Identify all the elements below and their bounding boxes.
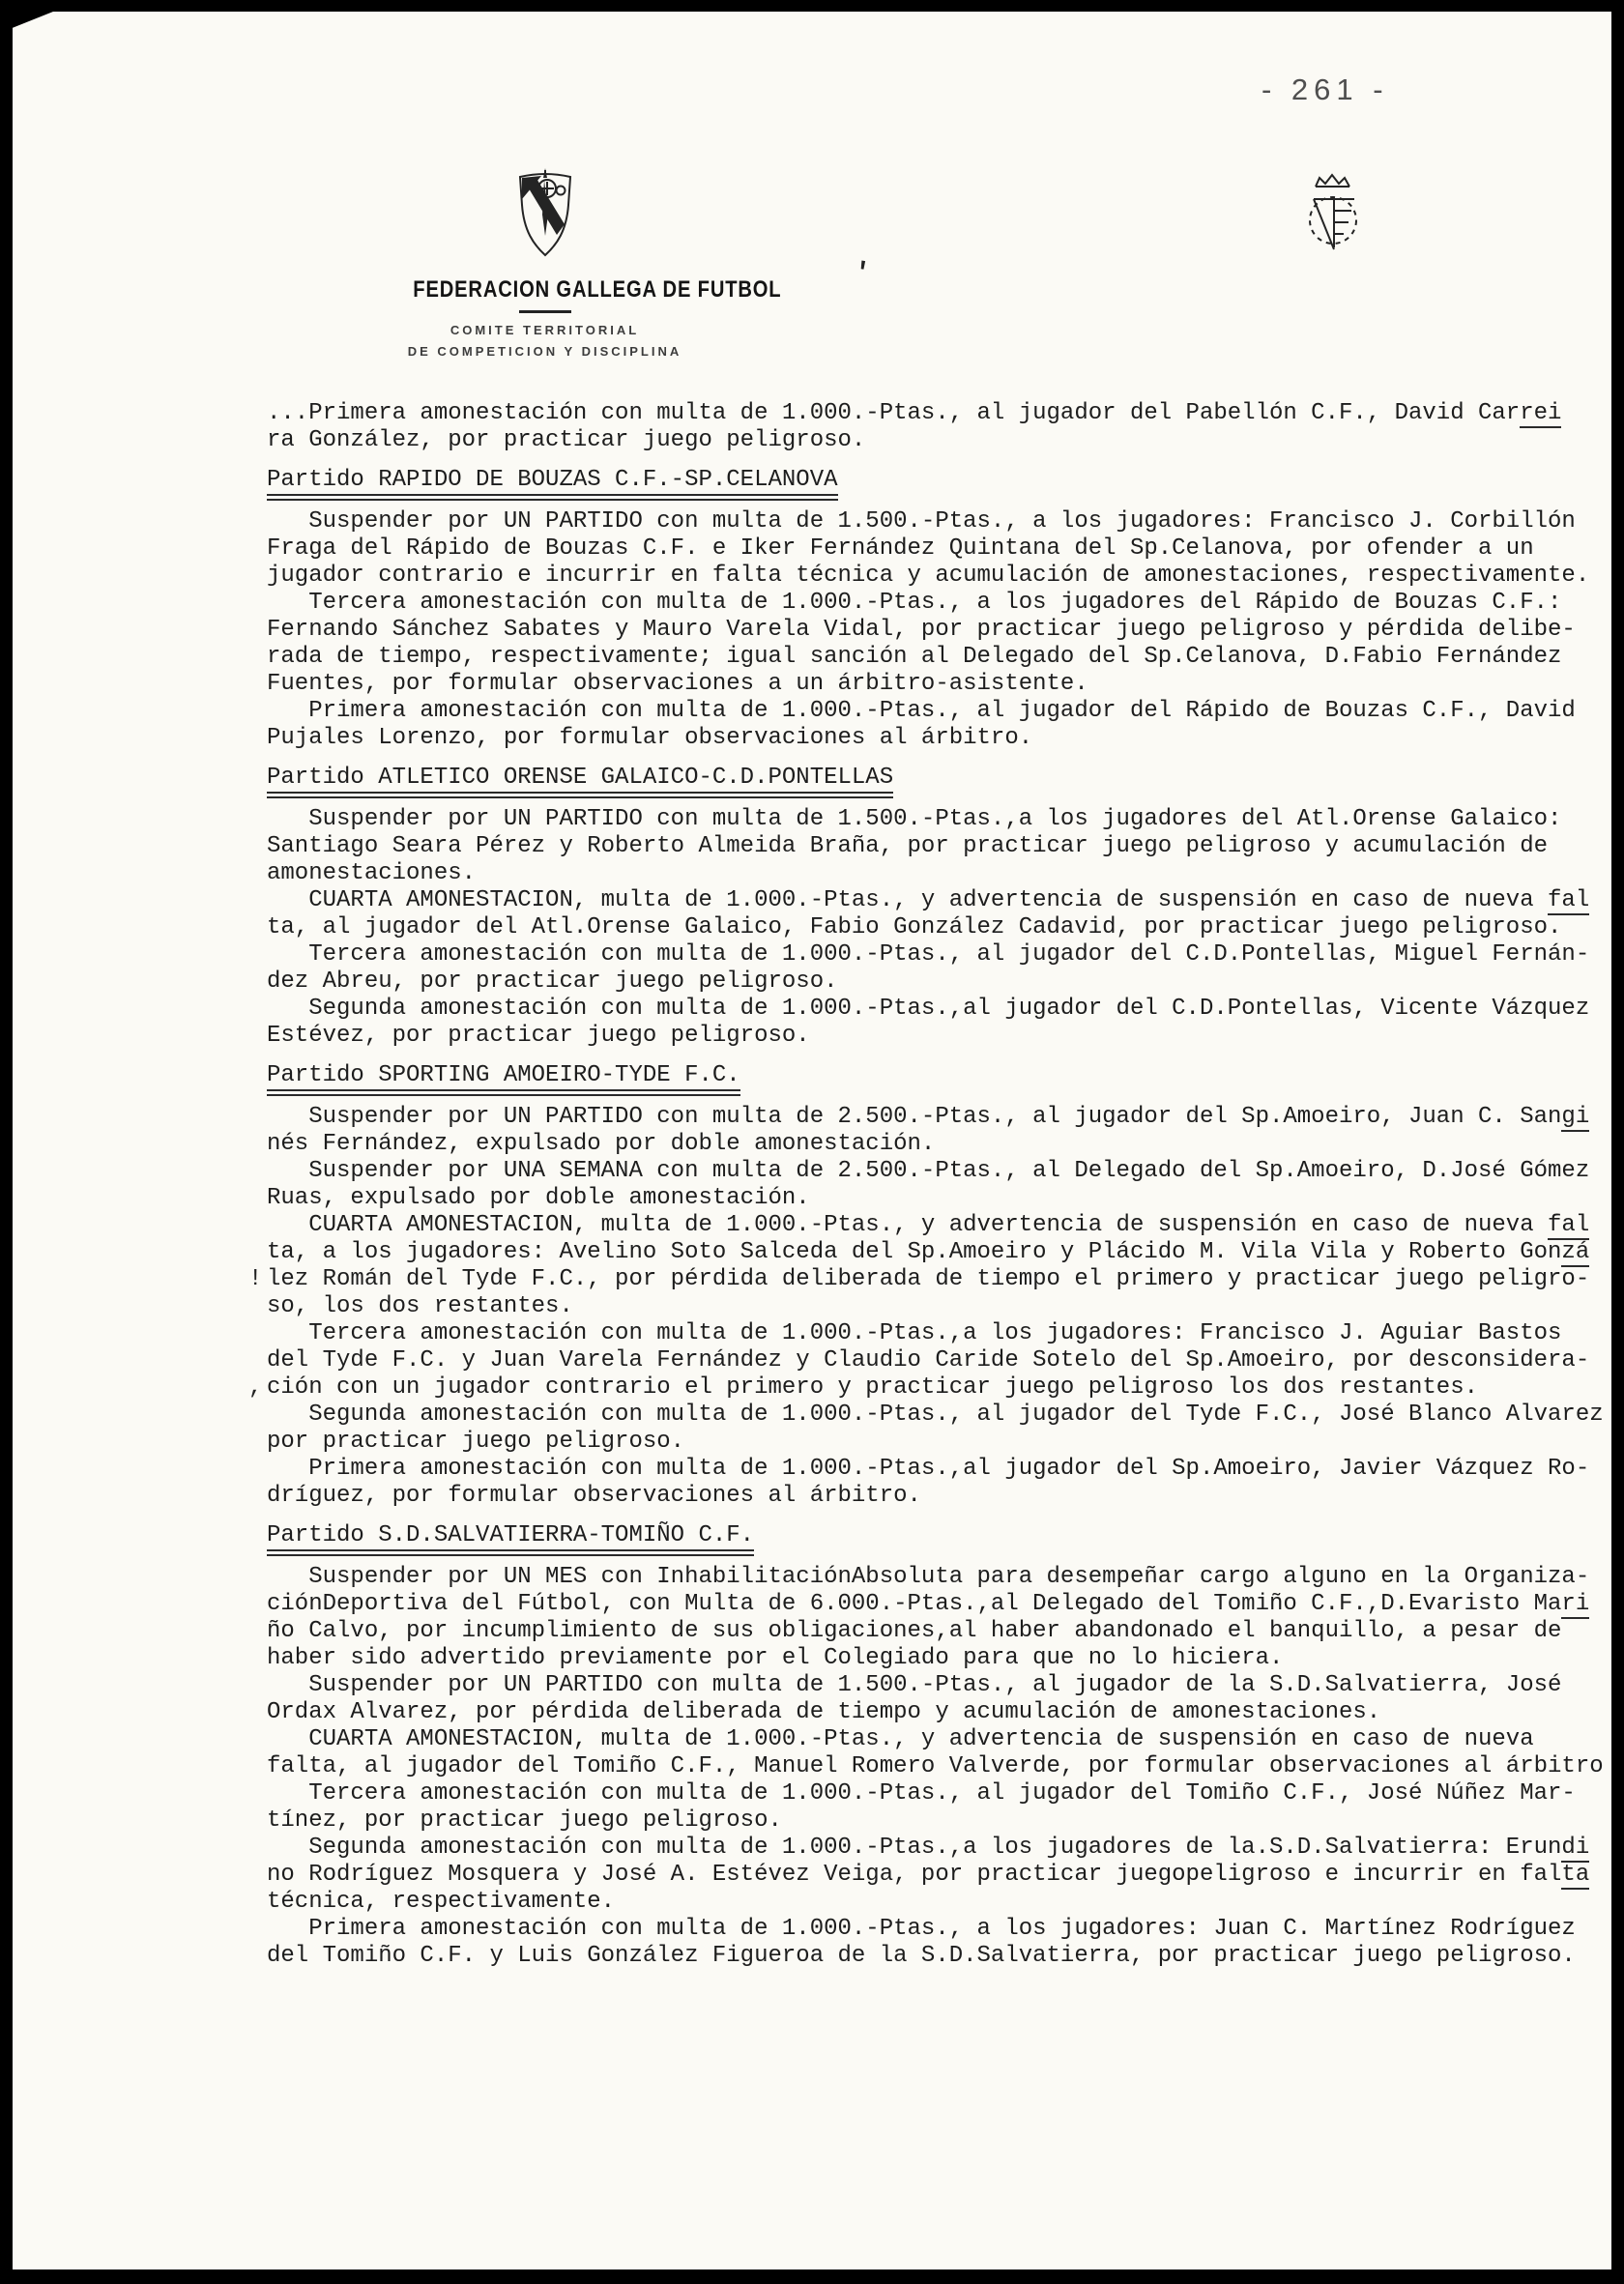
committee-line-2: DE COMPETICION Y DISCIPLINA (378, 344, 711, 359)
org-name: FEDERACION GALLEGA DE FUTBOL (413, 276, 781, 304)
typed-line: amonestaciones. (267, 860, 1611, 887)
typed-line: Suspender por UNA SEMANA con multa de 2.… (267, 1158, 1611, 1185)
typed-line: Primera amonestación con multa de 1.000.… (267, 1916, 1611, 1943)
typed-line: Fuentes, por formular observaciones a un… (267, 671, 1611, 698)
sanction-paragraph: Segunda amonestación con multa de 1.000.… (267, 996, 1611, 1050)
typed-line: ...Primera amonestación con multa de 1.0… (267, 400, 1611, 427)
match-heading-text: Partido SPORTING AMOEIRO-TYDE F.C. (267, 1062, 740, 1096)
word-break-underline: di (1561, 1835, 1589, 1863)
typed-line: CUARTA AMONESTACION, multa de 1.000.-Pta… (267, 887, 1611, 914)
typed-line: Primera amonestación con multa de 1.000.… (267, 698, 1611, 725)
margin-mark: , (248, 1374, 262, 1402)
typed-line: CUARTA AMONESTACION, multa de 1.000.-Pta… (267, 1212, 1611, 1239)
typed-line: Fernando Sánchez Sabates y Mauro Varela … (267, 617, 1611, 644)
word-break-underline: rei (1520, 400, 1561, 428)
typed-line: Suspender por UN MES con InhabilitaciónA… (267, 1564, 1611, 1591)
typed-line: ño Calvo, por incumplimiento de sus obli… (267, 1618, 1611, 1645)
match-heading: Partido SPORTING AMOEIRO-TYDE F.C. (267, 1062, 1611, 1091)
sanction-paragraph: Suspender por UN PARTIDO con multa de 2.… (267, 1104, 1611, 1158)
typed-line: Suspender por UN PARTIDO con multa de 2.… (267, 1104, 1611, 1131)
match-heading: Partido RAPIDO DE BOUZAS C.F.-SP.CELANOV… (267, 467, 1611, 496)
typed-line: Suspender por UN PARTIDO con multa de 1.… (267, 1672, 1611, 1699)
typed-line: Suspender por UN PARTIDO con multa de 1.… (267, 508, 1611, 535)
document-page: - 261 - FEDERACION GALLEGA DE FUTBOL COM… (13, 12, 1611, 2270)
sanction-paragraph: Primera amonestación con multa de 1.000.… (267, 1916, 1611, 1970)
typed-line: del Tomiño C.F. y Luis González Figueroa… (267, 1943, 1611, 1970)
typed-line: tínez, por practicar juego peligroso. (267, 1807, 1611, 1835)
sanction-paragraph: CUARTA AMONESTACION, multa de 1.000.-Pta… (267, 1212, 1611, 1320)
federation-shield-crest-logo (515, 166, 575, 261)
letterhead-rule (519, 310, 571, 313)
typed-line: Segunda amonestación con multa de 1.000.… (267, 1835, 1611, 1862)
page-number: - 261 - (1261, 72, 1389, 107)
typed-line: nés Fernández, expulsado por doble amone… (267, 1131, 1611, 1158)
word-break-underline: ri (1561, 1591, 1589, 1619)
sanction-paragraph: Tercera amonestación con multa de 1.000.… (267, 941, 1611, 996)
match-heading-text: Partido S.D.SALVATIERRA-TOMIÑO C.F. (267, 1522, 754, 1556)
match-section: Partido ATLETICO ORENSE GALAICO-C.D.PONT… (267, 765, 1611, 1050)
typed-line: dez Abreu, por practicar juego peligroso… (267, 969, 1611, 996)
sanction-paragraph: Suspender por UN PARTIDO con multa de 1.… (267, 1672, 1611, 1726)
sanction-paragraph: CUARTA AMONESTACION, multa de 1.000.-Pta… (267, 1726, 1611, 1780)
match-heading: Partido ATLETICO ORENSE GALAICO-C.D.PONT… (267, 765, 1611, 794)
typed-line: Segunda amonestación con multa de 1.000.… (267, 1402, 1611, 1429)
typed-line: Fraga del Rápido de Bouzas C.F. e Iker F… (267, 535, 1611, 563)
typed-line: haber sido advertido previamente por el … (267, 1645, 1611, 1672)
typed-line: so, los dos restantes. (267, 1293, 1611, 1320)
typed-line: Ruas, expulsado por doble amonestación. (267, 1185, 1611, 1212)
sanction-paragraph: Tercera amonestación con multa de 1.000.… (267, 1320, 1611, 1402)
typed-line: técnica, respectivamente. (267, 1889, 1611, 1916)
fgf-crowned-monogram-logo (1304, 170, 1362, 255)
typed-line: Suspender por UN PARTIDO con multa de 1.… (267, 806, 1611, 833)
sanction-paragraph: Suspender por UN PARTIDO con multa de 1.… (267, 806, 1611, 887)
typed-line: falta, al jugador del Tomiño C.F., Manue… (267, 1753, 1611, 1780)
typed-line: Estévez, por practicar juego peligroso. (267, 1023, 1611, 1050)
sanction-paragraph: Segunda amonestación con multa de 1.000.… (267, 1402, 1611, 1456)
typed-line: lez Román del Tyde F.C., por pérdida del… (267, 1266, 1611, 1293)
sanction-paragraph: Suspender por UN MES con InhabilitaciónA… (267, 1564, 1611, 1672)
match-section: Partido S.D.SALVATIERRA-TOMIÑO C.F. Susp… (267, 1522, 1611, 1970)
stray-ink-mark: ' (852, 258, 872, 290)
scanned-page-frame: - 261 - FEDERACION GALLEGA DE FUTBOL COM… (0, 0, 1624, 2284)
match-heading-text: Partido ATLETICO ORENSE GALAICO-C.D.PONT… (267, 765, 893, 798)
typed-line: Santiago Seara Pérez y Roberto Almeida B… (267, 833, 1611, 860)
typed-line: ción con un jugador contrario el primero… (267, 1374, 1611, 1402)
typed-line: Tercera amonestación con multa de 1.000.… (267, 1320, 1611, 1347)
typed-line: Ordax Alvarez, por pérdida deliberada de… (267, 1699, 1611, 1726)
typed-line: ta, al jugador del Atl.Orense Galaico, F… (267, 914, 1611, 941)
sanction-paragraph: Tercera amonestación con multa de 1.000.… (267, 1780, 1611, 1835)
sanction-paragraph: Primera amonestación con multa de 1.000.… (267, 698, 1611, 752)
typed-line: por practicar juego peligroso. (267, 1429, 1611, 1456)
sanction-paragraph: Segunda amonestación con multa de 1.000.… (267, 1835, 1611, 1916)
match-section: ...Primera amonestación con multa de 1.0… (267, 400, 1611, 454)
match-section: Partido RAPIDO DE BOUZAS C.F.-SP.CELANOV… (267, 467, 1611, 752)
typed-line: Tercera amonestación con multa de 1.000.… (267, 941, 1611, 969)
typed-line: ciónDeportiva del Fútbol, con Multa de 6… (267, 1591, 1611, 1618)
typed-line: Tercera amonestación con multa de 1.000.… (267, 590, 1611, 617)
typed-body: ...Primera amonestación con multa de 1.0… (267, 400, 1611, 1970)
sanction-paragraph: Tercera amonestación con multa de 1.000.… (267, 590, 1611, 698)
typed-line: ra González, por practicar juego peligro… (267, 427, 1611, 454)
typed-line: jugador contrario e incurrir en falta té… (267, 563, 1611, 590)
typed-line: ta, a los jugadores: Avelino Soto Salced… (267, 1239, 1611, 1266)
word-break-underline: zá (1561, 1239, 1589, 1267)
letterhead: FEDERACION GALLEGA DE FUTBOL COMITE TERR… (378, 166, 711, 359)
typed-line: no Rodríguez Mosquera y José A. Estévez … (267, 1862, 1611, 1889)
match-heading-text: Partido RAPIDO DE BOUZAS C.F.-SP.CELANOV… (267, 467, 838, 501)
word-break-underline: fal (1548, 1212, 1589, 1240)
sanction-paragraph: CUARTA AMONESTACION, multa de 1.000.-Pta… (267, 887, 1611, 941)
typed-line: Tercera amonestación con multa de 1.000.… (267, 1780, 1611, 1807)
typed-line: dríguez, por formular observaciones al á… (267, 1483, 1611, 1510)
typed-line: rada de tiempo, respectivamente; igual s… (267, 644, 1611, 671)
typed-line: Pujales Lorenzo, por formular observacio… (267, 725, 1611, 752)
typed-line: del Tyde F.C. y Juan Varela Fernández y … (267, 1347, 1611, 1374)
margin-mark: ! (248, 1266, 262, 1293)
sanction-paragraph: Suspender por UNA SEMANA con multa de 2.… (267, 1158, 1611, 1212)
word-break-underline: gi (1561, 1104, 1589, 1132)
committee-line-1: COMITE TERRITORIAL (378, 323, 711, 337)
typed-line: Primera amonestación con multa de 1.000.… (267, 1456, 1611, 1483)
sanction-paragraph: ...Primera amonestación con multa de 1.0… (267, 400, 1611, 454)
typed-line: Segunda amonestación con multa de 1.000.… (267, 996, 1611, 1023)
sanction-paragraph: Suspender por UN PARTIDO con multa de 1.… (267, 508, 1611, 590)
sanction-paragraph: Primera amonestación con multa de 1.000.… (267, 1456, 1611, 1510)
word-break-underline: fal (1548, 887, 1589, 915)
match-section: Partido SPORTING AMOEIRO-TYDE F.C. Suspe… (267, 1062, 1611, 1510)
word-break-underline: ta (1561, 1862, 1589, 1890)
typed-line: CUARTA AMONESTACION, multa de 1.000.-Pta… (267, 1726, 1611, 1753)
match-heading: Partido S.D.SALVATIERRA-TOMIÑO C.F. (267, 1522, 1611, 1551)
